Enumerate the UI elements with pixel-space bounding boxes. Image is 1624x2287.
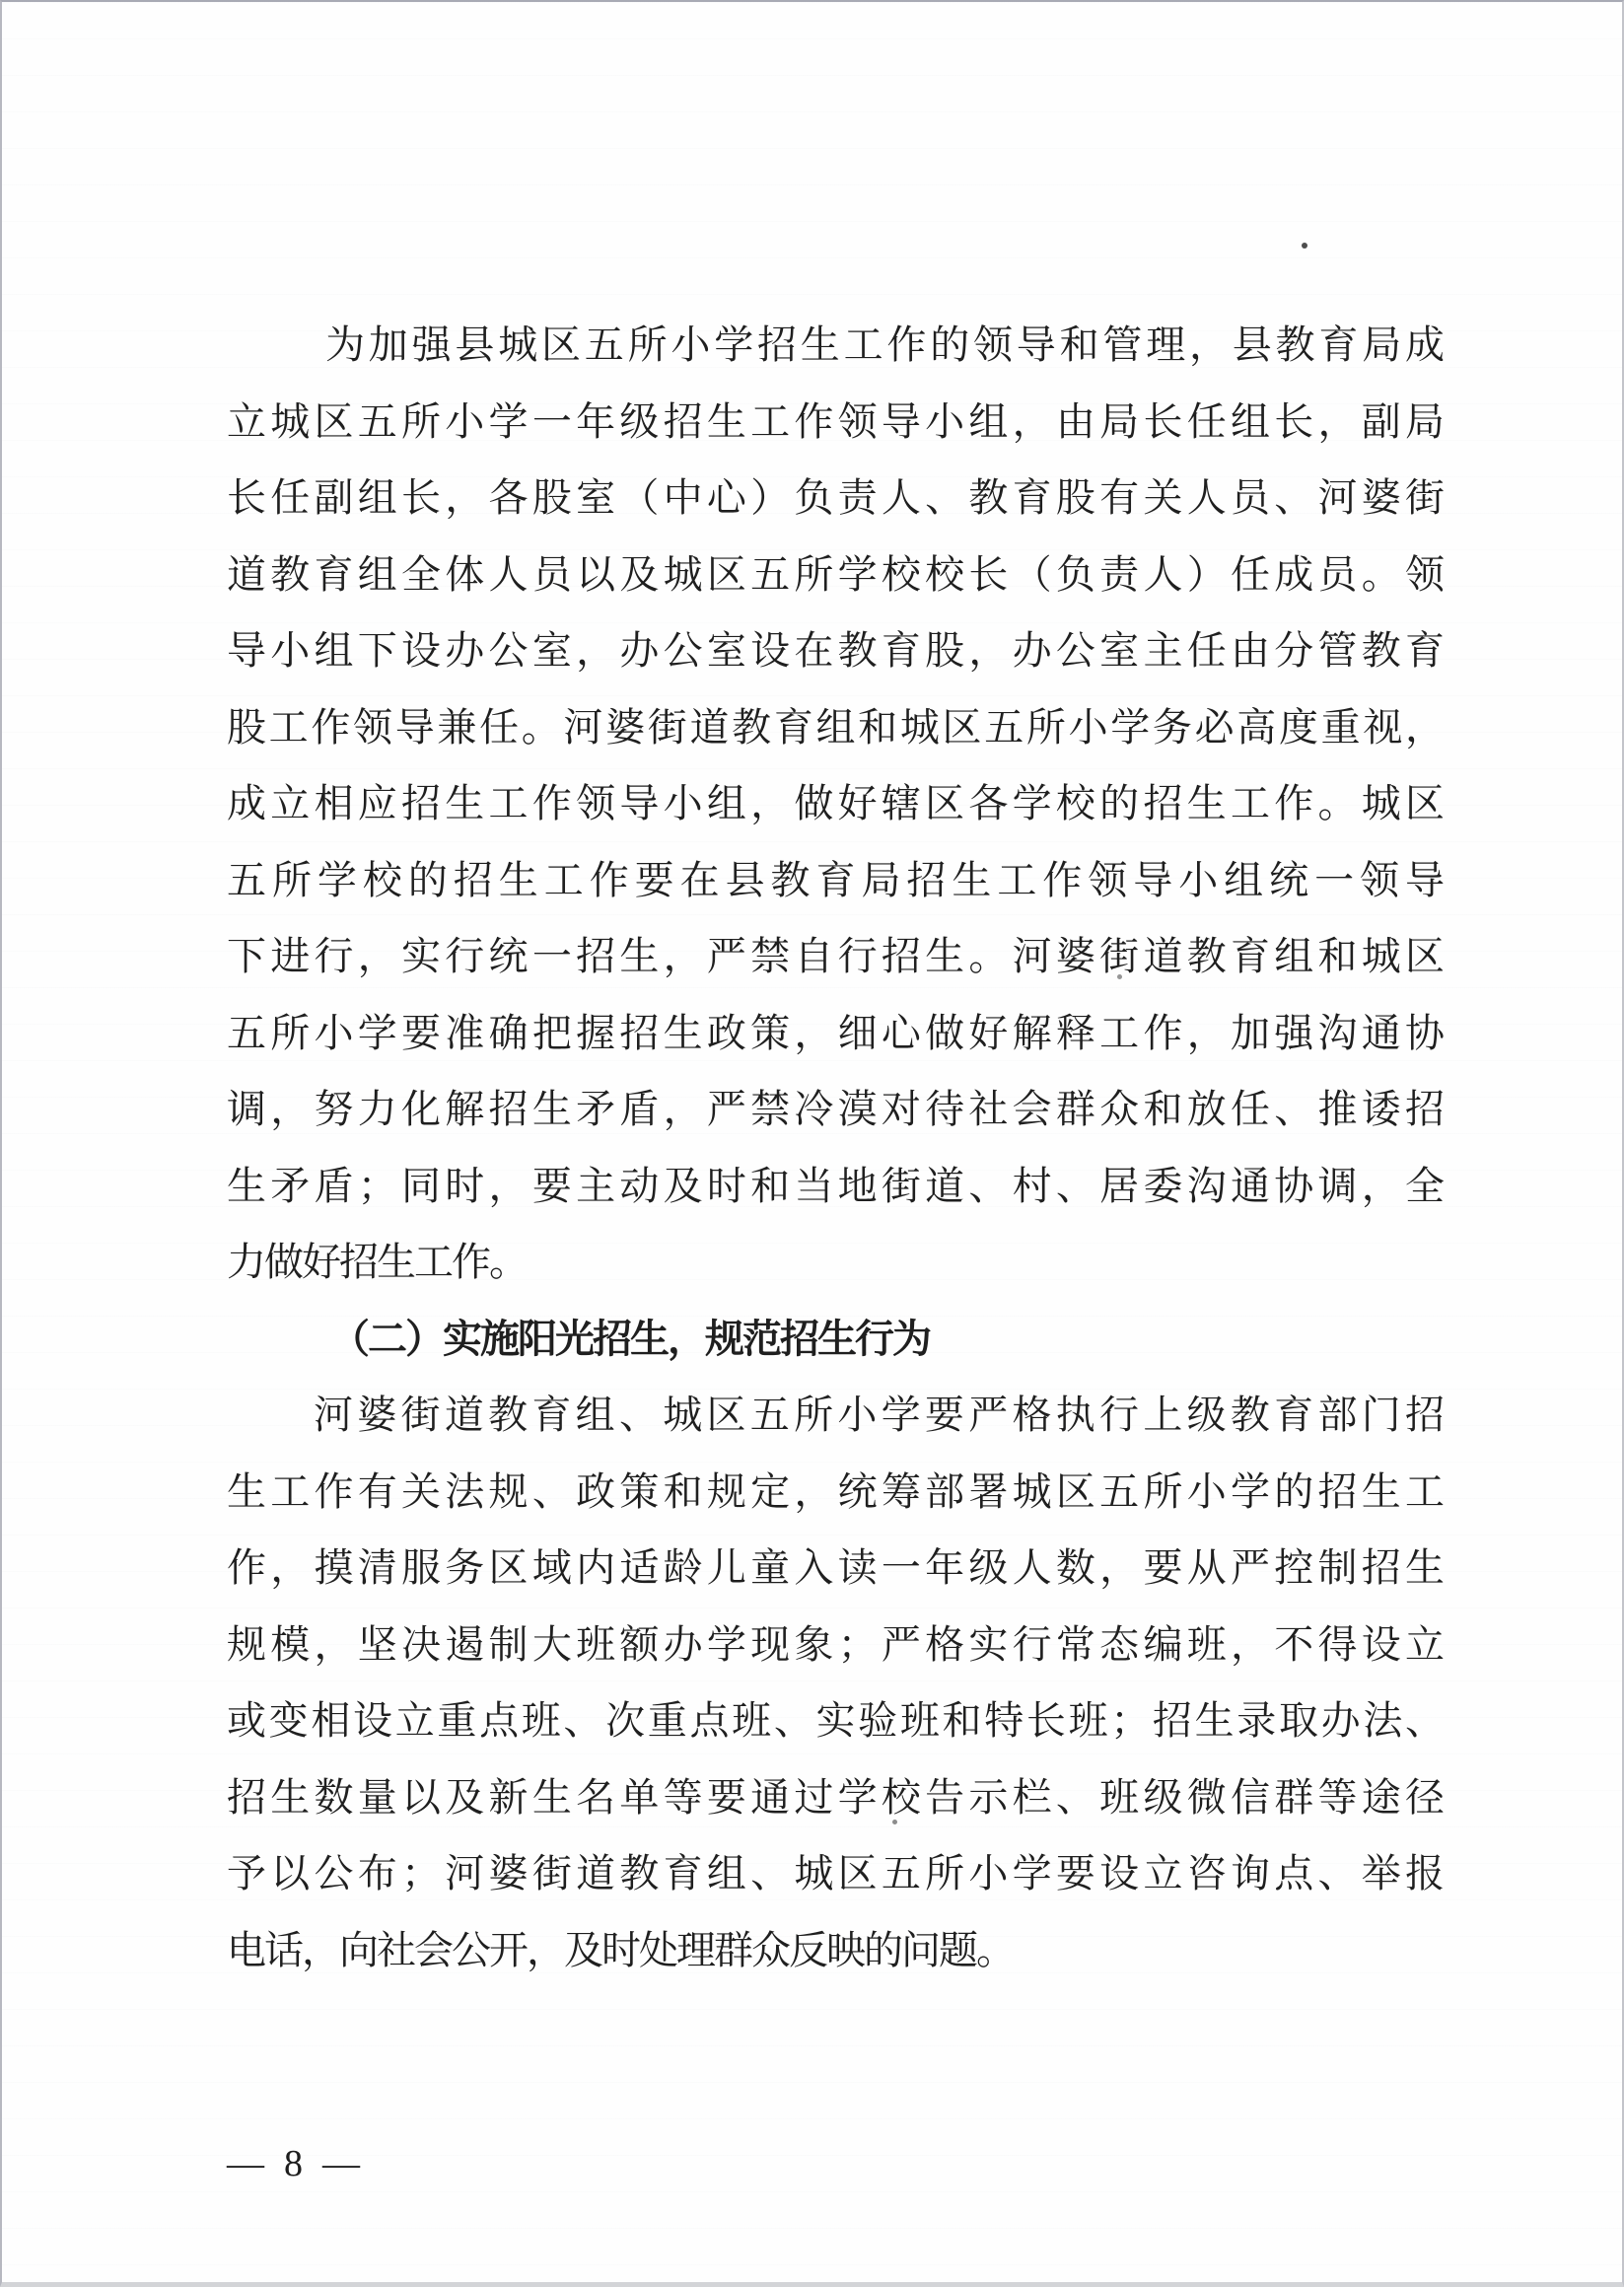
text-line: 河婆街道教育组、城区五所小学要严格执行上级教育部门招 xyxy=(227,1377,1445,1454)
section-heading: （二）实施阳光招生，规范招生行为 xyxy=(227,1301,1445,1378)
text-line: 为加强县城区五所小学招生工作的领导和管理，县教育局成 xyxy=(227,307,1445,384)
text-line: 成立相应招生工作领导小组，做好辖区各学校的招生工作。城区 xyxy=(227,765,1445,842)
page-number-dash-left: — xyxy=(227,2140,264,2187)
body-text-block: 为加强县城区五所小学招生工作的领导和管理，县教育局成 立城区五所小学一年级招生工… xyxy=(227,307,1445,1988)
text-line: 规模，坚决遏制大班额办学现象；严格实行常态编班，不得设立 xyxy=(227,1607,1445,1683)
text-line: 调，努力化解招生矛盾，严禁冷漠对待社会群众和放任、推诿招 xyxy=(227,1071,1445,1148)
text-line: 电话，向社会公开，及时处理群众反映的问题。 xyxy=(227,1912,1445,1989)
text-line: 五所小学要准确把握招生政策，细心做好解释工作，加强沟通协 xyxy=(227,995,1445,1072)
text-line: 道教育组全体人员以及城区五所学校校长（负责人）任成员。领 xyxy=(227,536,1445,613)
text-line: 长任副组长，各股室（中心）负责人、教育股有关人员、河婆街 xyxy=(227,460,1445,536)
text-line: 或变相设立重点班、次重点班、实验班和特长班；招生录取办法、 xyxy=(227,1682,1445,1759)
text-line: 生矛盾；同时，要主动及时和当地街道、村、居委沟通协调，全 xyxy=(227,1148,1445,1225)
text-line: 下进行，实行统一招生，严禁自行招生。河婆街道教育组和城区 xyxy=(227,918,1445,995)
page-number-dash-right: — xyxy=(322,2140,360,2187)
text-line: 予以公布；河婆街道教育组、城区五所小学要设立咨询点、举报 xyxy=(227,1835,1445,1912)
text-line: 作，摸清服务区域内适龄儿童入读一年级人数，要从严控制招生 xyxy=(227,1530,1445,1607)
text-line: 立城区五所小学一年级招生工作领导小组，由局长任组长，副局 xyxy=(227,384,1445,461)
text-line: 招生数量以及新生名单等要通过学校告示栏、班级微信群等途径 xyxy=(227,1759,1445,1836)
page-number-value: 8 xyxy=(284,2140,303,2187)
ink-speck xyxy=(1302,243,1307,249)
page-number: — 8 — xyxy=(227,2140,360,2187)
text-line: 力做好招生工作。 xyxy=(227,1224,1445,1301)
text-line: 股工作领导兼任。河婆街道教育组和城区五所小学务必高度重视， xyxy=(227,689,1445,766)
text-line: 五所学校的招生工作要在县教育局招生工作领导小组统一领导 xyxy=(227,842,1445,919)
text-line: 生工作有关法规、政策和规定，统筹部署城区五所小学的招生工 xyxy=(227,1454,1445,1531)
text-line: 导小组下设办公室，办公室设在教育股，办公室主任由分管教育 xyxy=(227,612,1445,689)
document-page: 为加强县城区五所小学招生工作的领导和管理，县教育局成 立城区五所小学一年级招生工… xyxy=(0,0,1624,2287)
